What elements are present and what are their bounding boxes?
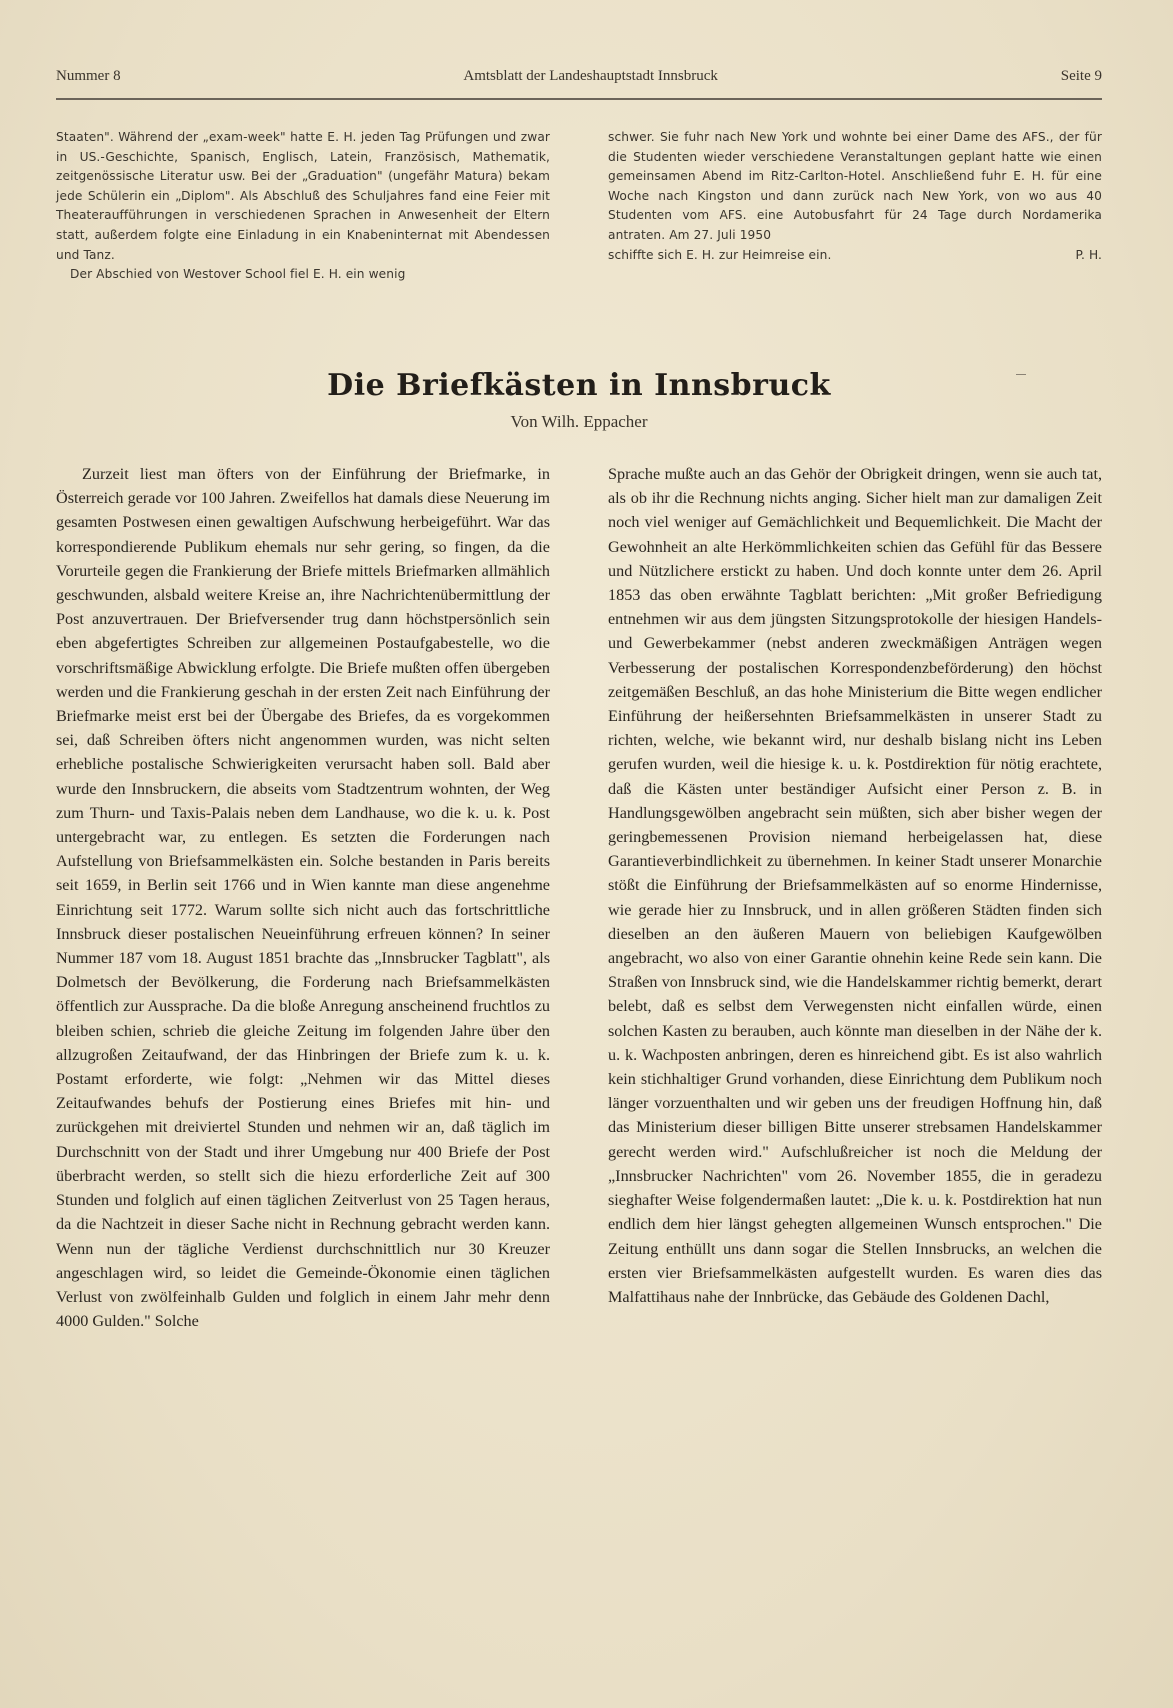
newspaper-page: Nummer 8 Amtsblatt der Landeshauptstadt …	[56, 0, 1102, 1708]
article-left-column: Zurzeit liest man öfters von der Einführ…	[56, 462, 550, 1333]
paragraph: Zurzeit liest man öfters von der Einführ…	[56, 462, 550, 1333]
paragraph: schwer. Sie fuhr nach New York und wohnt…	[608, 128, 1102, 246]
previous-article-left-column: Staaten". Während der „exam-week" hatte …	[56, 128, 550, 285]
paragraph: Der Abschied von Westover School fiel E.…	[56, 265, 550, 285]
closing-line: schiffte sich E. H. zur Heimreise ein. P…	[608, 246, 1102, 266]
page-header: Nummer 8 Amtsblatt der Landeshauptstadt …	[56, 68, 1102, 94]
header-divider	[56, 98, 1102, 100]
print-mark	[1016, 374, 1026, 375]
previous-article: Staaten". Während der „exam-week" hatte …	[56, 128, 1102, 285]
article-byline: Von Wilh. Eppacher	[56, 412, 1102, 432]
previous-article-right-column: schwer. Sie fuhr nach New York und wohnt…	[608, 128, 1102, 285]
author-initials: P. H.	[1075, 246, 1102, 266]
article-title: Die Briefkästen in Innsbruck	[56, 368, 1102, 403]
page-number: Seite 9	[1061, 68, 1102, 85]
issue-number: Nummer 8	[56, 68, 121, 85]
paragraph: Staaten". Während der „exam-week" hatte …	[56, 128, 550, 265]
publication-title: Amtsblatt der Landeshauptstadt Innsbruck	[463, 68, 718, 85]
article-body: Zurzeit liest man öfters von der Einführ…	[56, 462, 1102, 1333]
paragraph-end: schiffte sich E. H. zur Heimreise ein.	[608, 246, 831, 266]
article-right-column: Sprache mußte auch an das Gehör der Obri…	[608, 462, 1102, 1333]
paragraph: Sprache mußte auch an das Gehör der Obri…	[608, 462, 1102, 1309]
